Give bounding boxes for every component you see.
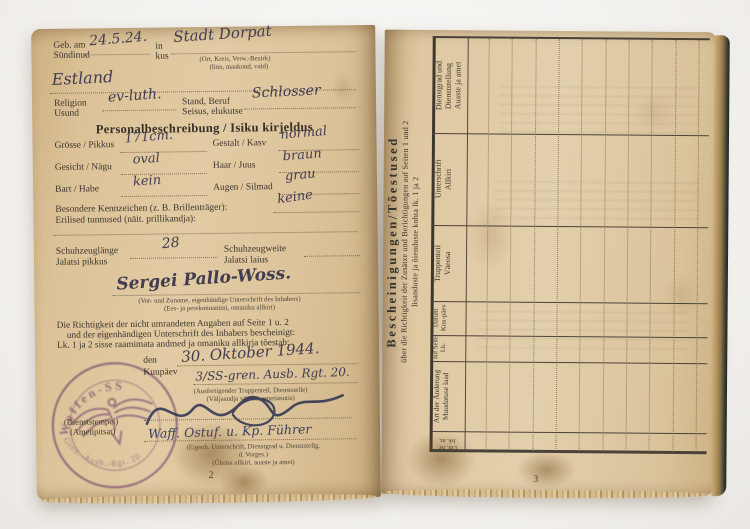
dotted-line [102, 109, 176, 111]
schuh-laenge-value: 28 [161, 235, 180, 253]
stacked-page-edges-and-cover [711, 35, 730, 496]
kennzeichen-line-de: Besondere Kennzeichen (z. B. Brillenträg… [55, 203, 227, 215]
column-label-et: Väeosa [443, 225, 454, 301]
stamp-label-de: (Dienststempel) [64, 416, 118, 427]
column-label-de: Dienstgrad und Dienststellung [434, 38, 454, 133]
column-label-de: Truppenteil [433, 225, 444, 301]
column-label-et: Kuu-päev [440, 301, 448, 335]
stain [332, 71, 354, 105]
column-header-art-der-aenderung: Art der Änderung Muudatuse laad [432, 361, 466, 431]
column-label-de: auf Seite [432, 335, 440, 361]
stain [406, 430, 476, 489]
beruf-value: Schlosser [252, 82, 321, 101]
column-label-et: Muudatuse laad [441, 361, 451, 431]
column-header-dienstgrad: Dienstgrad und Dienststellung Auaste ja … [434, 38, 468, 133]
dotted-line [273, 211, 359, 213]
stain [516, 451, 576, 489]
table-column-rule [430, 431, 707, 434]
schuh-weite-et: Jalatsi laius [224, 255, 268, 266]
religion-value: ev-luth. [107, 86, 161, 105]
column-label-et: Allkiri [443, 133, 454, 225]
birthplace-value: Stadt Dorpat [173, 22, 272, 46]
country-value: Estland [51, 67, 113, 89]
kennzeichen-value: keine [276, 188, 313, 208]
desc-value: oval [132, 151, 160, 168]
owner-signature: Sergei Pallo-Woss. [116, 263, 292, 294]
right-page-wrap: Bescheinigungen/Tõestused über die Richt… [381, 30, 730, 497]
desc-label: Augen / Silmad [213, 182, 273, 193]
desc-value: braun [282, 146, 322, 164]
left-page-wrap: Geb. am Sündinud 24.5.24. in kus Stadt D… [31, 25, 383, 501]
left-page: Geb. am Sündinud 24.5.24. in kus Stadt D… [31, 25, 381, 501]
religion-label-et: Usund [54, 109, 79, 119]
place-hint-de: (Ort, Kreis, Verw.-Bezirk) [199, 55, 270, 63]
table-column-rule [430, 361, 707, 364]
stain [663, 272, 699, 318]
desc-value: grau [284, 166, 316, 184]
right-page certification-table: Bescheinigungen/Tõestused über die Richt… [381, 30, 717, 497]
birthdate-value: 24.5.24. [89, 29, 148, 50]
photo-of-open-soldbuch: Geb. am Sündinud 24.5.24. in kus Stadt D… [0, 0, 750, 529]
desc-label: Gesicht / Nägu [55, 162, 112, 173]
desc-label: Bart / Habe [55, 184, 99, 195]
beruf-label-de: Stand, Beruf [182, 97, 230, 108]
desc-value: 171cm. [124, 128, 174, 147]
stamp-label-et: (Ametipitsat) [70, 426, 115, 437]
dotted-line [171, 51, 355, 54]
kennzeichen-line-et: Erilised tunnused (näit. prillikandja): [55, 214, 195, 226]
geb-label-et: Sündinud [53, 50, 90, 60]
dotted-line [244, 107, 356, 109]
dotted-line [83, 54, 149, 56]
desc-value: kein [133, 173, 162, 190]
dotted-line [130, 257, 218, 259]
bleedthrough-text [493, 181, 698, 228]
table-column-rule [433, 36, 710, 40]
schuh-laenge-de: Schuhzeuglänge [56, 246, 118, 257]
column-label-de: Datum [432, 301, 440, 335]
place-hint-et: (linn, maakond, vald) [210, 63, 269, 71]
in-label-de: in [155, 42, 163, 52]
dotted-line [54, 231, 358, 236]
dotted-line [304, 255, 360, 257]
column-label-et: Auaste ja amet [453, 38, 463, 133]
desc-label: Grösse / Pikkus [54, 140, 114, 151]
column-label-et: Lk. [440, 335, 448, 361]
religion-label-de: Religion [54, 98, 87, 108]
frayed-page-edge [386, 489, 708, 500]
desc-label: Gestalt / Kasv [212, 138, 266, 149]
column-header-auf-seite: auf Seite Lk. [432, 335, 465, 361]
desc-value: normal [280, 124, 328, 143]
column-header-datum: Datum Kuu-päev [432, 301, 465, 335]
stain [634, 92, 674, 132]
schuh-laenge-et: Jalatsi pikkus [56, 257, 108, 268]
certification-subtitle-et: lisanduste ja õienduste kohta lk. 1 ja 2 [409, 38, 423, 446]
desc-label: Haar / Juus [213, 160, 256, 171]
stain [468, 200, 514, 270]
column-label-de: Art der Änderung [432, 361, 442, 431]
schuh-weite-de: Schuhzeugweite [224, 244, 286, 255]
certification-title-block: Bescheinigungen/Tõestused über die Richt… [384, 38, 433, 446]
column-header-truppenteil: Truppenteil Väeosa [433, 225, 467, 301]
geb-label-de: Geb. am [53, 40, 85, 50]
beruf-label-et: Seisus, elukutse [182, 107, 243, 118]
column-header-unterschrift: Unterschrift Allkiri [433, 133, 467, 225]
in-label-et: kus [155, 51, 168, 61]
dotted-line [121, 195, 207, 197]
